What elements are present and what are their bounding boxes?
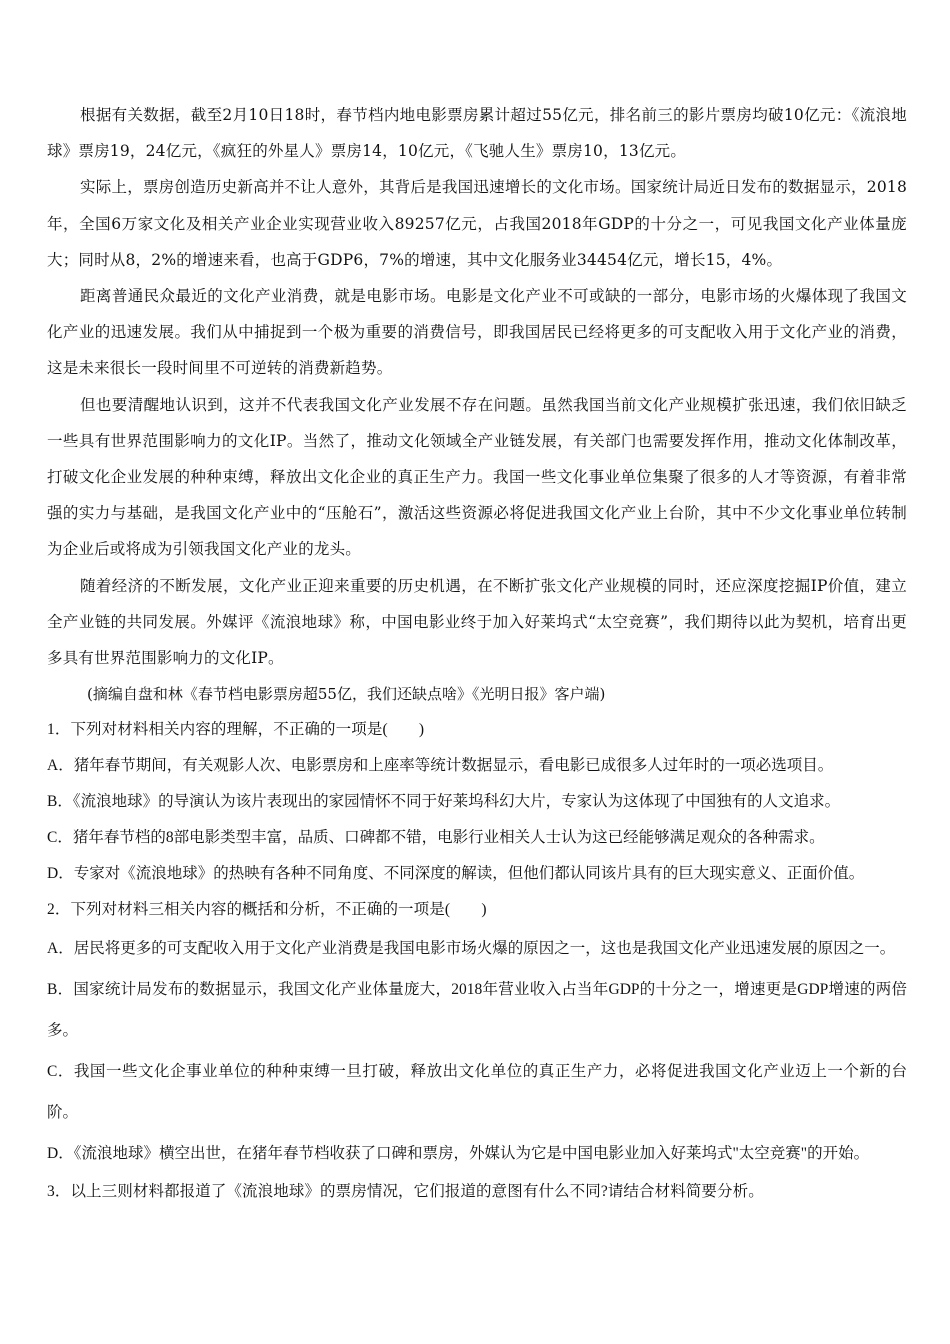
option-a: A．猪年春节期间，有关观影人次、电影票房和上座率等统计数据显示，看电影已成很多人…	[47, 748, 907, 784]
option-c: C．我国一些文化企事业单位的种种束缚一旦打破，释放出文化单位的真正生产力，必将促…	[47, 1051, 907, 1133]
article-paragraph: 根据有关数据，截至2月10日18时，春节档内地电影票房累计超过55亿元，排名前三…	[47, 97, 907, 169]
option-b: B．《流浪地球》的导演认为该片表现出的家园情怀不同于好莱坞科幻大片，专家认为这体…	[47, 784, 907, 820]
question-2: 2．下列对材料三相关内容的概括和分析，不正确的一项是( ) A．居民将更多的可支…	[47, 892, 907, 1174]
article-source-citation: (摘编自盘和林《春节档电影票房超55亿，我们还缺点啥》《光明日报》客户端)	[47, 676, 907, 712]
question-list: 1．下列对材料相关内容的理解，不正确的一项是( ) A．猪年春节期间，有关观影人…	[47, 712, 907, 1210]
article-paragraph: 实际上，票房创造历史新高并不让人意外，其背后是我国迅速增长的文化市场。国家统计局…	[47, 169, 907, 278]
option-d: D．专家对《流浪地球》的热映有各种不同角度、不同深度的解读，但他们都认同该片具有…	[47, 856, 907, 892]
article-paragraph: 但也要清醒地认识到，这并不代表我国文化产业发展不存在问题。虽然我国当前文化产业规…	[47, 387, 907, 568]
option-a: A．居民将更多的可支配收入用于文化产业消费是我国电影市场火爆的原因之一，这也是我…	[47, 928, 907, 969]
question-stem: 3．以上三则材料都报道了《流浪地球》的票房情况，它们报道的意图有什么不同?请结合…	[47, 1174, 907, 1210]
question-stem: 2．下列对材料三相关内容的概括和分析，不正确的一项是( )	[47, 892, 907, 928]
article-paragraph: 随着经济的不断发展，文化产业正迎来重要的历史机遇，在不断扩张文化产业规模的同时，…	[47, 568, 907, 677]
question-3: 3．以上三则材料都报道了《流浪地球》的票房情况，它们报道的意图有什么不同?请结合…	[47, 1174, 907, 1210]
document-page: 根据有关数据，截至2月10日18时，春节档内地电影票房累计超过55亿元，排名前三…	[47, 97, 907, 1210]
question-1: 1．下列对材料相关内容的理解，不正确的一项是( ) A．猪年春节期间，有关观影人…	[47, 712, 907, 892]
article-body: 根据有关数据，截至2月10日18时，春节档内地电影票房累计超过55亿元，排名前三…	[47, 97, 907, 712]
option-b: B．国家统计局发布的数据显示，我国文化产业体量庞大，2018年营业收入占当年GD…	[47, 969, 907, 1051]
article-paragraph: 距离普通民众最近的文化产业消费，就是电影市场。电影是文化产业不可或缺的一部分，电…	[47, 278, 907, 387]
question-stem: 1．下列对材料相关内容的理解，不正确的一项是( )	[47, 712, 907, 748]
option-c: C．猪年春节档的8部电影类型丰富，品质、口碑都不错，电影行业相关人士认为这已经能…	[47, 820, 907, 856]
option-d: D．《流浪地球》横空出世，在猪年春节档收获了口碑和票房，外媒认为它是中国电影业加…	[47, 1133, 907, 1174]
